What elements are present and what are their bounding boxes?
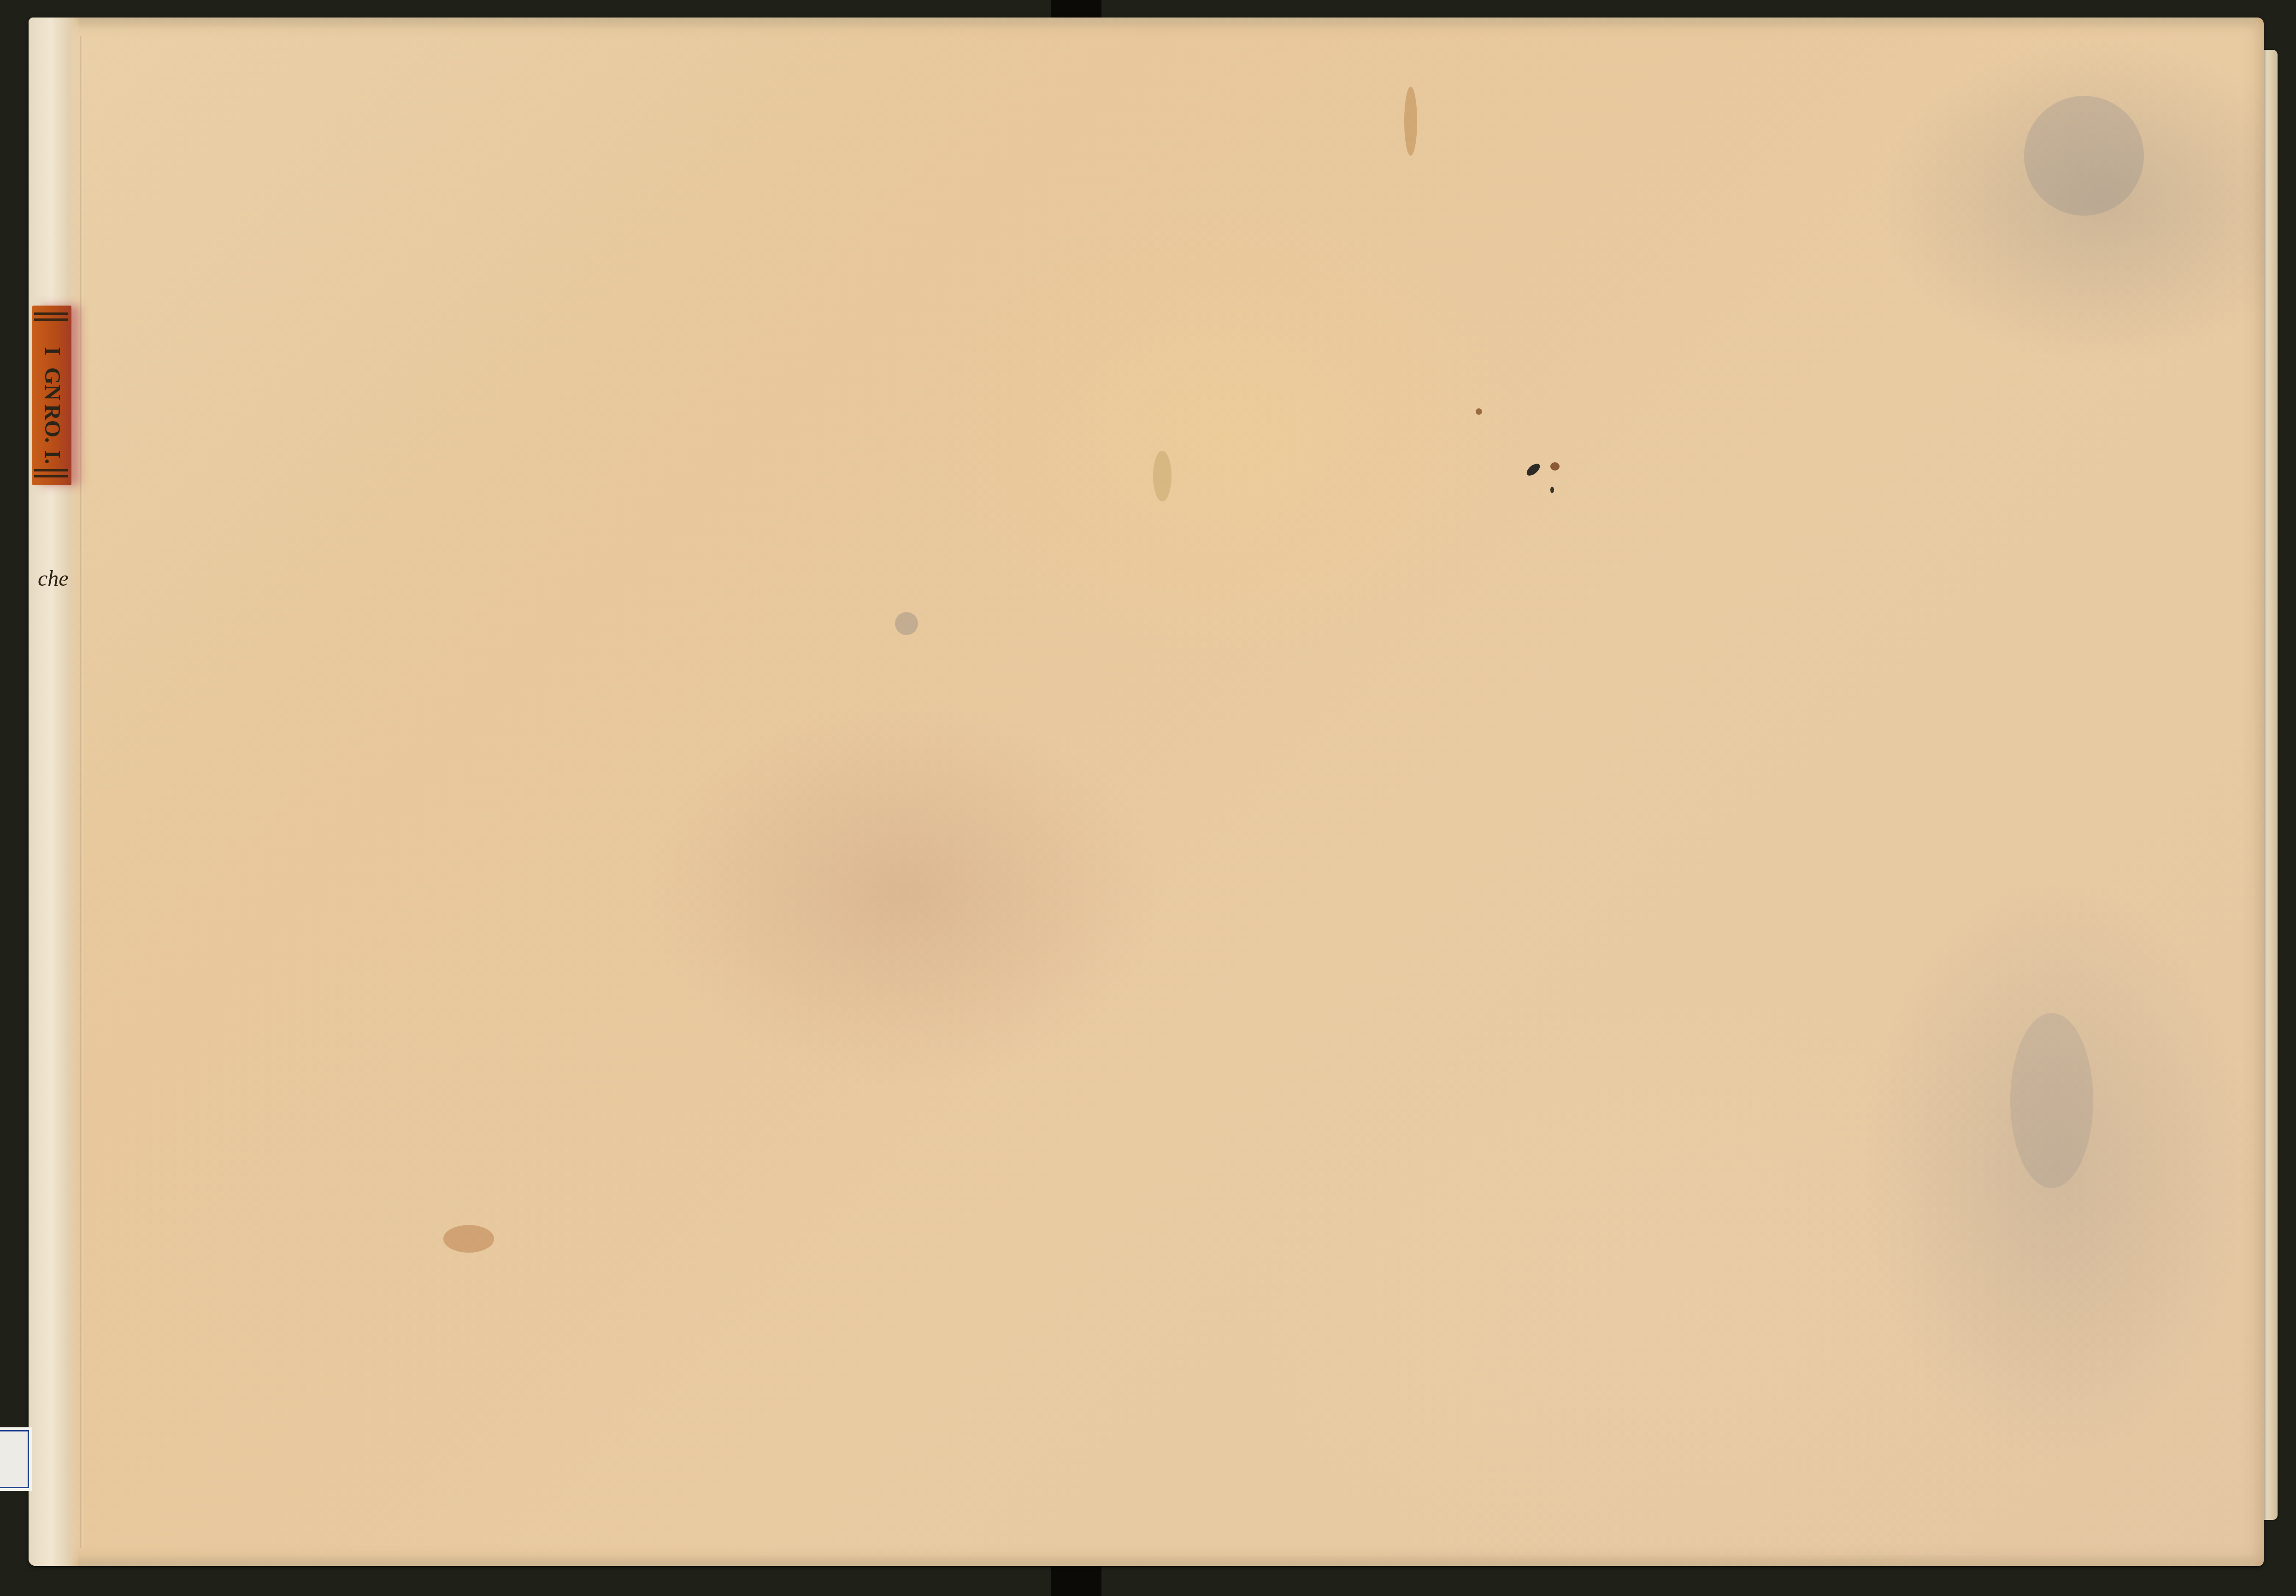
ink-dot [1550,487,1554,493]
label-glyph: RO. [41,404,63,436]
label-glyph: I [41,335,63,367]
grey-smudge [2010,1013,2093,1188]
rust-spot [1550,462,1560,471]
library-shelf-tag [0,1430,29,1488]
label-rule-top [34,312,68,315]
spine-crease [80,36,83,1548]
vellum-cover: I GN RO. I. che [29,18,2264,1566]
ink-blot [1525,461,1542,478]
grey-smudge [2024,96,2144,216]
label-glyph: GN [41,367,63,400]
shadow-stain [1153,451,1172,501]
cover-top-edge [79,18,2255,29]
spine-handwriting: che [38,566,69,591]
book: I GN RO. I. che [29,18,2264,1566]
cover-bottom-edge [79,1555,2255,1566]
brown-spot [1476,408,1482,415]
brown-stain [443,1225,494,1253]
spine-fold [29,18,79,1566]
shadow-stain [895,612,918,635]
label-rule-bottom [34,469,68,471]
label-glyph: I. [41,441,63,473]
spine-title-label: I GN RO. I. [32,306,71,485]
stain-streak [1404,87,1417,156]
label-rule-top-2 [34,318,68,321]
label-rule-bottom-2 [34,475,68,477]
backdrop-strip-bottom [1051,1566,1101,1596]
